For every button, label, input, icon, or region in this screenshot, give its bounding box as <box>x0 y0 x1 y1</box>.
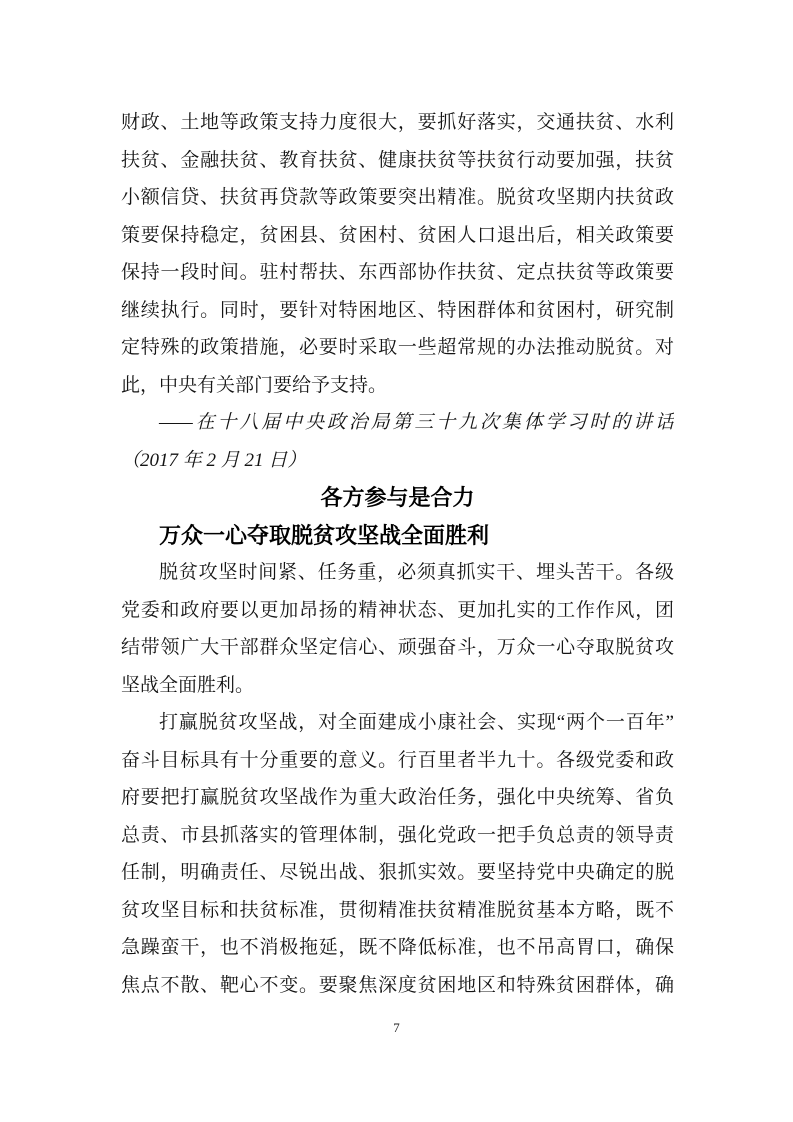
page-number: 7 <box>0 1020 793 1036</box>
text-line: 急躁蛮干，也不消极拖延，既不降低标准，也不吊高胃口，确保 <box>121 929 674 967</box>
section-subheading: 万众一心夺取脱贫攻坚战全面胜利 <box>121 517 674 555</box>
text-line: 定特殊的政策措施，必要时采取一些超常规的办法推动脱贫。对 <box>121 329 674 367</box>
text-line: 财政、土地等政策支持力度很大，要抓好落实，交通扶贫、水利 <box>121 104 674 142</box>
text-line: 扶贫、金融扶贫、教育扶贫、健康扶贫等扶贫行动要加强，扶贫 <box>121 142 674 180</box>
text-line: 坚战全面胜利。 <box>121 667 674 705</box>
text-line: 小额信贷、扶贫再贷款等政策要突出精准。脱贫攻坚期内扶贫政 <box>121 179 674 217</box>
text-line: 任制，明确责任、尽锐出战、狠抓实效。要坚持党中央确定的脱 <box>121 854 674 892</box>
text-line: 打赢脱贫攻坚战，对全面建成小康社会、实现“两个一百年” <box>121 704 674 742</box>
text-line: 贫攻坚目标和扶贫标准，贯彻精准扶贫精准脱贫基本方略，既不 <box>121 892 674 930</box>
text-line: 保持一段时间。驻村帮扶、东西部协作扶贫、定点扶贫等政策要 <box>121 254 674 292</box>
text-line: 奋斗目标具有十分重要的意义。行百里者半九十。各级党委和政 <box>121 742 674 780</box>
text-line: 总责、市县抓落实的管理体制，强化党政一把手负总责的领导责 <box>121 817 674 855</box>
attribution-date-line: （2017 年 2 月 21 日） <box>121 442 674 480</box>
text-block: 财政、土地等政策支持力度很大，要抓好落实，交通扶贫、水利 扶贫、金融扶贫、教育扶… <box>121 104 674 1004</box>
text-line: 焦点不散、靶心不变。要聚焦深度贫困地区和特殊贫困群体，确 <box>121 967 674 1005</box>
text-line: 府要把打赢脱贫攻坚战作为重大政治任务，强化中央统筹、省负 <box>121 779 674 817</box>
text-line: 结带领广大干部群众坚定信心、顽强奋斗，万众一心夺取脱贫攻 <box>121 629 674 667</box>
document-page: 财政、土地等政策支持力度很大，要抓好落实，交通扶贫、水利 扶贫、金融扶贫、教育扶… <box>0 0 793 1122</box>
text-line: 脱贫攻坚时间紧、任务重，必须真抓实干、埋头苦干。各级 <box>121 554 674 592</box>
text-line: 党委和政府要以更加昂扬的精神状态、更加扎实的工作作风，团 <box>121 592 674 630</box>
text-line: 此，中央有关部门要给予支持。 <box>121 367 674 405</box>
text-line: 策要保持稳定，贫困县、贫困村、贫困人口退出后，相关政策要 <box>121 217 674 255</box>
attribution-source-line: ——在十八届中央政治局第三十九次集体学习时的讲话 <box>121 404 674 442</box>
text-line: 继续执行。同时，要针对特困地区、特困群体和贫困村，研究制 <box>121 292 674 330</box>
section-heading: 各方参与是合力 <box>121 479 674 517</box>
